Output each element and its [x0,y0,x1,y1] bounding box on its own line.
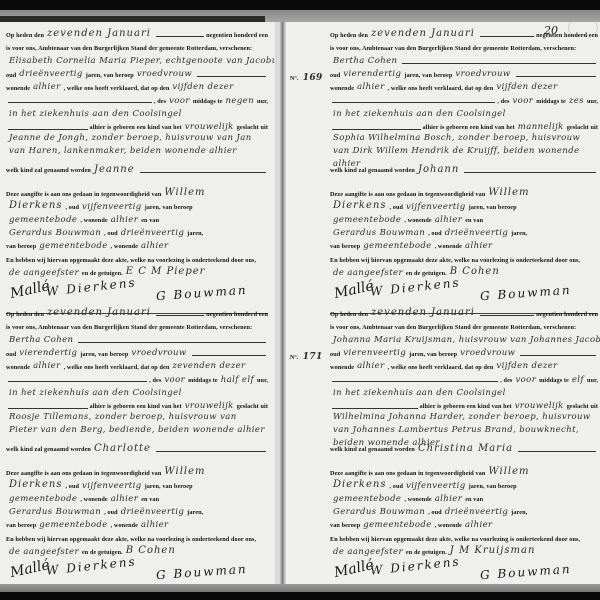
blank-rule [156,315,204,316]
handwritten-date: zevenden Januari [368,308,478,318]
handwritten-witness1-residence: alhier [432,216,465,225]
form-line: Gerardus Bouwman, ouddrieënveertigjaren, [330,503,598,516]
handwritten-residence: alhier [354,362,387,371]
form-line: is voor ons, Ambtenaar van den Burgerlij… [6,39,268,52]
handwritten-birth-time-of-day: voor [509,97,536,106]
form-line: Op heden denzevenden Januarinegentien ho… [330,26,598,39]
form-line: welk kind zal genaamd wordenJeanne [6,162,268,175]
handwritten-birth-place: in het ziekenhuis aan den Coolsingel [6,110,185,119]
handwritten-witness2-occupation: gemeentebode [360,521,434,530]
form-line: gemeentebode, wonendealhieren van [6,211,268,224]
handwritten-birth-hour: negen [223,97,257,106]
register-bottom-edge [0,584,600,592]
form-line: welk kind zal genaamd wordenChristina Ma… [330,441,598,454]
handwritten-witness2-name: Gerardus Bouwman [330,508,428,517]
handwritten-age: drieënveertig [16,70,85,79]
handwritten-witness1-first: Willem [485,467,532,477]
blank-rule [332,129,421,130]
handwritten-signed-by: de aangeefster [330,269,406,278]
blank-rule [464,172,596,173]
form-line: in het ziekenhuis aan den Coolsingel [330,384,598,397]
handwritten-witness2-name: Gerardus Bouwman [6,508,104,517]
form-line: Deze aangifte is aan ons gedaan in tegen… [330,464,598,477]
handwritten-residence: alhier [30,362,63,371]
handwritten-birth-place: in het ziekenhuis aan den Coolsingel [330,389,509,398]
birth-record: N°. Op heden denzevenden Januarinegentie… [6,305,268,585]
form-line: wonendealhier, welke ons heeft verklaard… [6,358,268,371]
printed-named: welk kind zal genaamd worden [330,447,415,453]
official-signature: Mallé [333,279,375,301]
declarant-name: Johanna Maria Kruijsman, huisvrouw van J… [330,336,600,345]
form-line: de aangeefsteren de getuigen.B Cohen [6,543,268,556]
form-line: alhier is geboren een kind van hetmannel… [330,118,598,131]
handwritten-number: 171 [300,352,326,362]
form-line: , desvoormiddags tenegenuur, [6,92,268,105]
handwritten-signed-by: de aangeefster [6,548,82,557]
form-line: Dierkens, oudvijfenveertigjaren, van ber… [6,477,268,490]
form-line: van beroepgemeentebode, wonendealhier [6,237,268,250]
blank-rule [332,408,418,409]
handwritten-witness1-occupation: gemeentebode [6,216,80,225]
child-name: Jeanne [91,165,138,175]
handwritten-witness2-occupation: gemeentebode [360,242,434,251]
handwritten-birth-hour: zes [566,97,587,106]
mother-details: Jeanne de Jongh, zonder beroep, huisvrou… [6,132,268,158]
birth-record: N°. 171 Op heden denzevenden Januarinege… [330,305,598,585]
handwritten-witness2-residence: alhier [462,521,495,530]
form-line: , desvoormiddags teelfuur, [330,371,598,384]
right-page: 20 N°. 169 Op heden denzevenden Januarin… [286,22,600,585]
form-line: wonendealhier, welke ons heeft verklaard… [330,79,598,92]
form-line: alhier is geboren een kind van hetvrouwe… [6,397,268,410]
form-line: oudvierendertigjaren, van beroepvroedvro… [330,66,598,79]
form-line: Op heden denzevenden Januarinegentien ho… [6,26,268,39]
handwritten-witness1-occupation: gemeentebode [6,495,80,504]
witness1-signature: W Dierkens [46,555,137,576]
witness2-signature: G Bouwman [156,563,248,581]
handwritten-witness2-residence: alhier [462,242,495,251]
handwritten-occupation: vroedvrouw [128,349,189,358]
form-line: ouddrieënveertigjaren, van beroepvroedvr… [6,66,268,79]
form-line: Gerardus Bouwman, ouddrieënveertigjaren, [6,224,268,237]
signatures: Mallé W Dierkens G Bouwman [6,556,268,585]
form-line: Elisabeth Cornelia Maria Pieper, echtgen… [6,52,268,65]
form-line: Gerardus Bouwman, ouddrieënveertigjaren, [330,224,598,237]
blank-rule [8,408,88,409]
official-signature: Mallé [9,279,51,301]
handwritten-sex: mannelijk [515,123,567,132]
official-signature: Mallé [9,558,51,580]
declarant-signature: J M Kruijsman [447,546,539,556]
form-line: gemeentebode, wonendealhieren van [6,490,268,503]
birth-record: N°. Op heden denzevenden Januarinegentie… [6,26,268,314]
blank-rule [480,315,534,316]
declarant-name: Bertha Cohen [330,57,400,66]
signatures: Mallé W Dierkens G Bouwman [6,277,268,307]
blank-rule [516,76,596,77]
handwritten-residence: alhier [30,83,63,92]
blank-rule [480,36,534,37]
form-line: van beroepgemeentebode, wonendealhier [330,237,598,250]
form-line: in het ziekenhuis aan den Coolsingel [6,105,268,118]
handwritten-witness2-age: drieënveertig [442,508,511,517]
handwritten-witness1-last: Dierkens [6,480,65,490]
form-line: En hebben wij hiervan opgemaakt deze akt… [330,251,598,264]
handwritten-birth-day: zevenden dezer [169,362,248,371]
printed-named: welk kind zal genaamd worden [6,447,91,453]
left-page: N°. Op heden denzevenden Januarinegentie… [0,22,280,585]
child-name: Christina Maria [415,444,516,454]
handwritten-birth-time-of-day: voor [161,376,188,385]
handwritten-witness1-residence: alhier [432,495,465,504]
witness2-signature: G Bouwman [480,563,572,581]
form-line: Deze aangifte is aan ons gedaan in tegen… [6,464,268,477]
form-line: in het ziekenhuis aan den Coolsingel [330,105,598,118]
form-line: in het ziekenhuis aan den Coolsingel [6,384,268,397]
form-line: Deze aangifte is aan ons gedaan in tegen… [330,185,598,198]
handwritten-date: zevenden Januari [44,29,154,39]
blank-rule [332,381,498,382]
form-line: Dierkens, oudvijfenveertigjaren, van ber… [330,198,598,211]
form-line: is voor ons, Ambtenaar van den Burgerlij… [330,318,598,331]
form-line: gemeentebode, wonendealhieren van [330,490,598,503]
handwritten-age: vierenveertig [340,349,409,358]
form-line: Jeanne de Jongh, zonder beroep, huisvrou… [6,132,268,162]
form-line: Gerardus Bouwman, ouddrieënveertigjaren, [6,503,268,516]
declarant-name: Elisabeth Cornelia Maria Pieper, echtgen… [6,57,280,66]
form-line: Roosje Tillemans, zonder beroep, huisvro… [6,411,268,441]
handwritten-sex: vrouwelijk [182,123,237,132]
blank-rule [192,355,266,356]
form-line: En hebben wij hiervan opgemaakt deze akt… [6,530,268,543]
form-line: Johanna Maria Kruijsman, huisvrouw van J… [330,331,598,344]
form-line: Deze aangifte is aan ons gedaan in tegen… [6,185,268,198]
handwritten-witness2-age: drieënveertig [442,229,511,238]
handwritten-birth-place: in het ziekenhuis aan den Coolsingel [330,110,509,119]
form-line: wonendealhier, welke ons heeft verklaard… [330,358,598,371]
form-line: Op heden denzevenden Januarinegentien ho… [6,305,268,318]
handwritten-witness1-age: vijfenveertig [403,203,469,212]
blank-rule [402,63,596,64]
form-line: , desvoormiddags tehalf elfuur, [6,371,268,384]
form-line: is voor ons, Ambtenaar van den Burgerlij… [6,318,268,331]
child-name: Johann [415,165,462,175]
record-number: N°. 171 [290,353,326,362]
handwritten-witness1-residence: alhier [108,216,141,225]
mother-details: Roosje Tillemans, zonder beroep, huisvro… [6,411,268,437]
handwritten-birth-time-of-day: voor [512,376,539,385]
form-line: oudvierendertigjaren, van beroepvroedvro… [6,345,268,358]
blank-rule [332,102,495,103]
handwritten-occupation: vroedvrouw [134,70,195,79]
form-line: de aangeefsteren de getuigen.B Cohen [330,264,598,277]
handwritten-age: vierendertig [340,70,404,79]
blank-rule [156,36,204,37]
handwritten-witness2-occupation: gemeentebode [36,521,110,530]
witness1-signature: W Dierkens [370,555,461,576]
handwritten-witness1-occupation: gemeentebode [330,216,404,225]
handwritten-witness1-occupation: gemeentebode [330,495,404,504]
handwritten-witness1-age: vijfenveertig [79,203,145,212]
form-line: alhier is geboren een kind van hetvrouwe… [6,118,268,131]
signatures: Mallé W Dierkens G Bouwman [330,277,598,307]
handwritten-birth-hour: elf [569,376,587,385]
form-line: van beroepgemeentebode, wonendealhier [6,516,268,529]
handwritten-date: zevenden Januari [44,308,154,318]
handwritten-witness2-age: drieënveertig [118,508,187,517]
handwritten-birth-day: vijfden dezer [169,83,236,92]
record-number: N°. 169 [290,74,326,83]
handwritten-number: 169 [300,73,326,83]
handwritten-witness1-age: vijfenveertig [403,482,469,491]
printed-named: welk kind zal genaamd worden [330,168,415,174]
witness1-signature: W Dierkens [370,276,461,297]
form-line: En hebben wij hiervan opgemaakt deze akt… [330,530,598,543]
form-line: Op heden denzevenden Januarinegentien ho… [330,305,598,318]
handwritten-signed-by: de aangeefster [6,269,82,278]
handwritten-witness1-first: Willem [161,188,208,198]
handwritten-witness2-residence: alhier [138,521,171,530]
handwritten-witness1-first: Willem [485,188,532,198]
handwritten-witness1-residence: alhier [108,495,141,504]
witness2-signature: G Bouwman [156,284,248,302]
signatures: Mallé W Dierkens G Bouwman [330,556,598,585]
form-line: Wilhelmina Johanna Harder, zonder beroep… [330,411,598,441]
form-line: welk kind zal genaamd wordenJohann [330,162,598,175]
blank-rule [520,355,596,356]
handwritten-birth-time-of-day: voor [166,97,193,106]
child-name: Charlotte [91,444,154,454]
blank-rule [78,342,266,343]
handwritten-date: zevenden Januari [368,29,478,39]
blank-rule [518,451,596,452]
handwritten-birth-day: vijfden dezer [493,83,560,92]
witness2-signature: G Bouwman [480,284,572,302]
form-line: is voor ons, Ambtenaar van den Burgerlij… [330,39,598,52]
form-line: Dierkens, oudvijfenveertigjaren, van ber… [330,477,598,490]
declarant-name: Bertha Cohen [6,336,76,345]
handwritten-witness2-name: Gerardus Bouwman [6,229,104,238]
form-line: alhier is geboren een kind van hetvrouwe… [330,397,598,410]
witness1-signature: W Dierkens [46,276,137,297]
form-line: Bertha Cohen [6,331,268,344]
form-line: de aangeefsteren de getuigen.J M Kruijsm… [330,543,598,556]
blank-rule [140,172,266,173]
form-line: , desvoormiddags tezesuur, [330,92,598,105]
form-line: Sophia Wilhelmina Bosch, zonder beroep, … [330,132,598,162]
form-line: En hebben wij hiervan opgemaakt deze akt… [6,251,268,264]
handwritten-birth-place: in het ziekenhuis aan den Coolsingel [6,389,185,398]
blank-rule [8,381,147,382]
handwritten-witness2-residence: alhier [138,242,171,251]
form-line: gemeentebode, wonendealhieren van [330,211,598,224]
handwritten-residence: alhier [354,83,387,92]
form-line: van beroepgemeentebode, wonendealhier [330,516,598,529]
handwritten-sex: vrouwelijk [182,402,237,411]
handwritten-occupation: vroedvrouw [452,70,513,79]
blank-rule [8,129,88,130]
handwritten-signed-by: de aangeefster [330,548,406,557]
printed-named: welk kind zal genaamd worden [6,168,91,174]
handwritten-birth-day: vijfden dezer [493,362,560,371]
form-line: oudvierenveertigjaren, van beroepvroedvr… [330,345,598,358]
handwritten-witness1-last: Dierkens [6,201,65,211]
handwritten-witness2-occupation: gemeentebode [36,242,110,251]
handwritten-sex: vrouwelijk [512,402,567,411]
form-line: Bertha Cohen [330,52,598,65]
blank-rule [8,102,152,103]
handwritten-age: vierendertig [16,349,80,358]
form-line: Dierkens, oudvijfenveertigjaren, van ber… [6,198,268,211]
handwritten-witness2-age: drieënveertig [118,229,187,238]
handwritten-occupation: vroedvrouw [457,349,518,358]
handwritten-witness1-age: vijfenveertig [79,482,145,491]
form-line: de aangeefsteren de getuigen.E C M Piepe… [6,264,268,277]
handwritten-witness1-first: Willem [161,467,208,477]
blank-rule [156,451,266,452]
blank-rule [197,76,266,77]
form-line: wonendealhier, welke ons heeft verklaard… [6,79,268,92]
handwritten-witness1-last: Dierkens [330,201,389,211]
official-signature: Mallé [333,558,375,580]
handwritten-witness2-name: Gerardus Bouwman [330,229,428,238]
birth-record: N°. 169 Op heden denzevenden Januarinege… [330,26,598,314]
handwritten-birth-hour: half elf [218,376,257,385]
form-line: welk kind zal genaamd wordenCharlotte [6,441,268,454]
handwritten-witness1-last: Dierkens [330,480,389,490]
